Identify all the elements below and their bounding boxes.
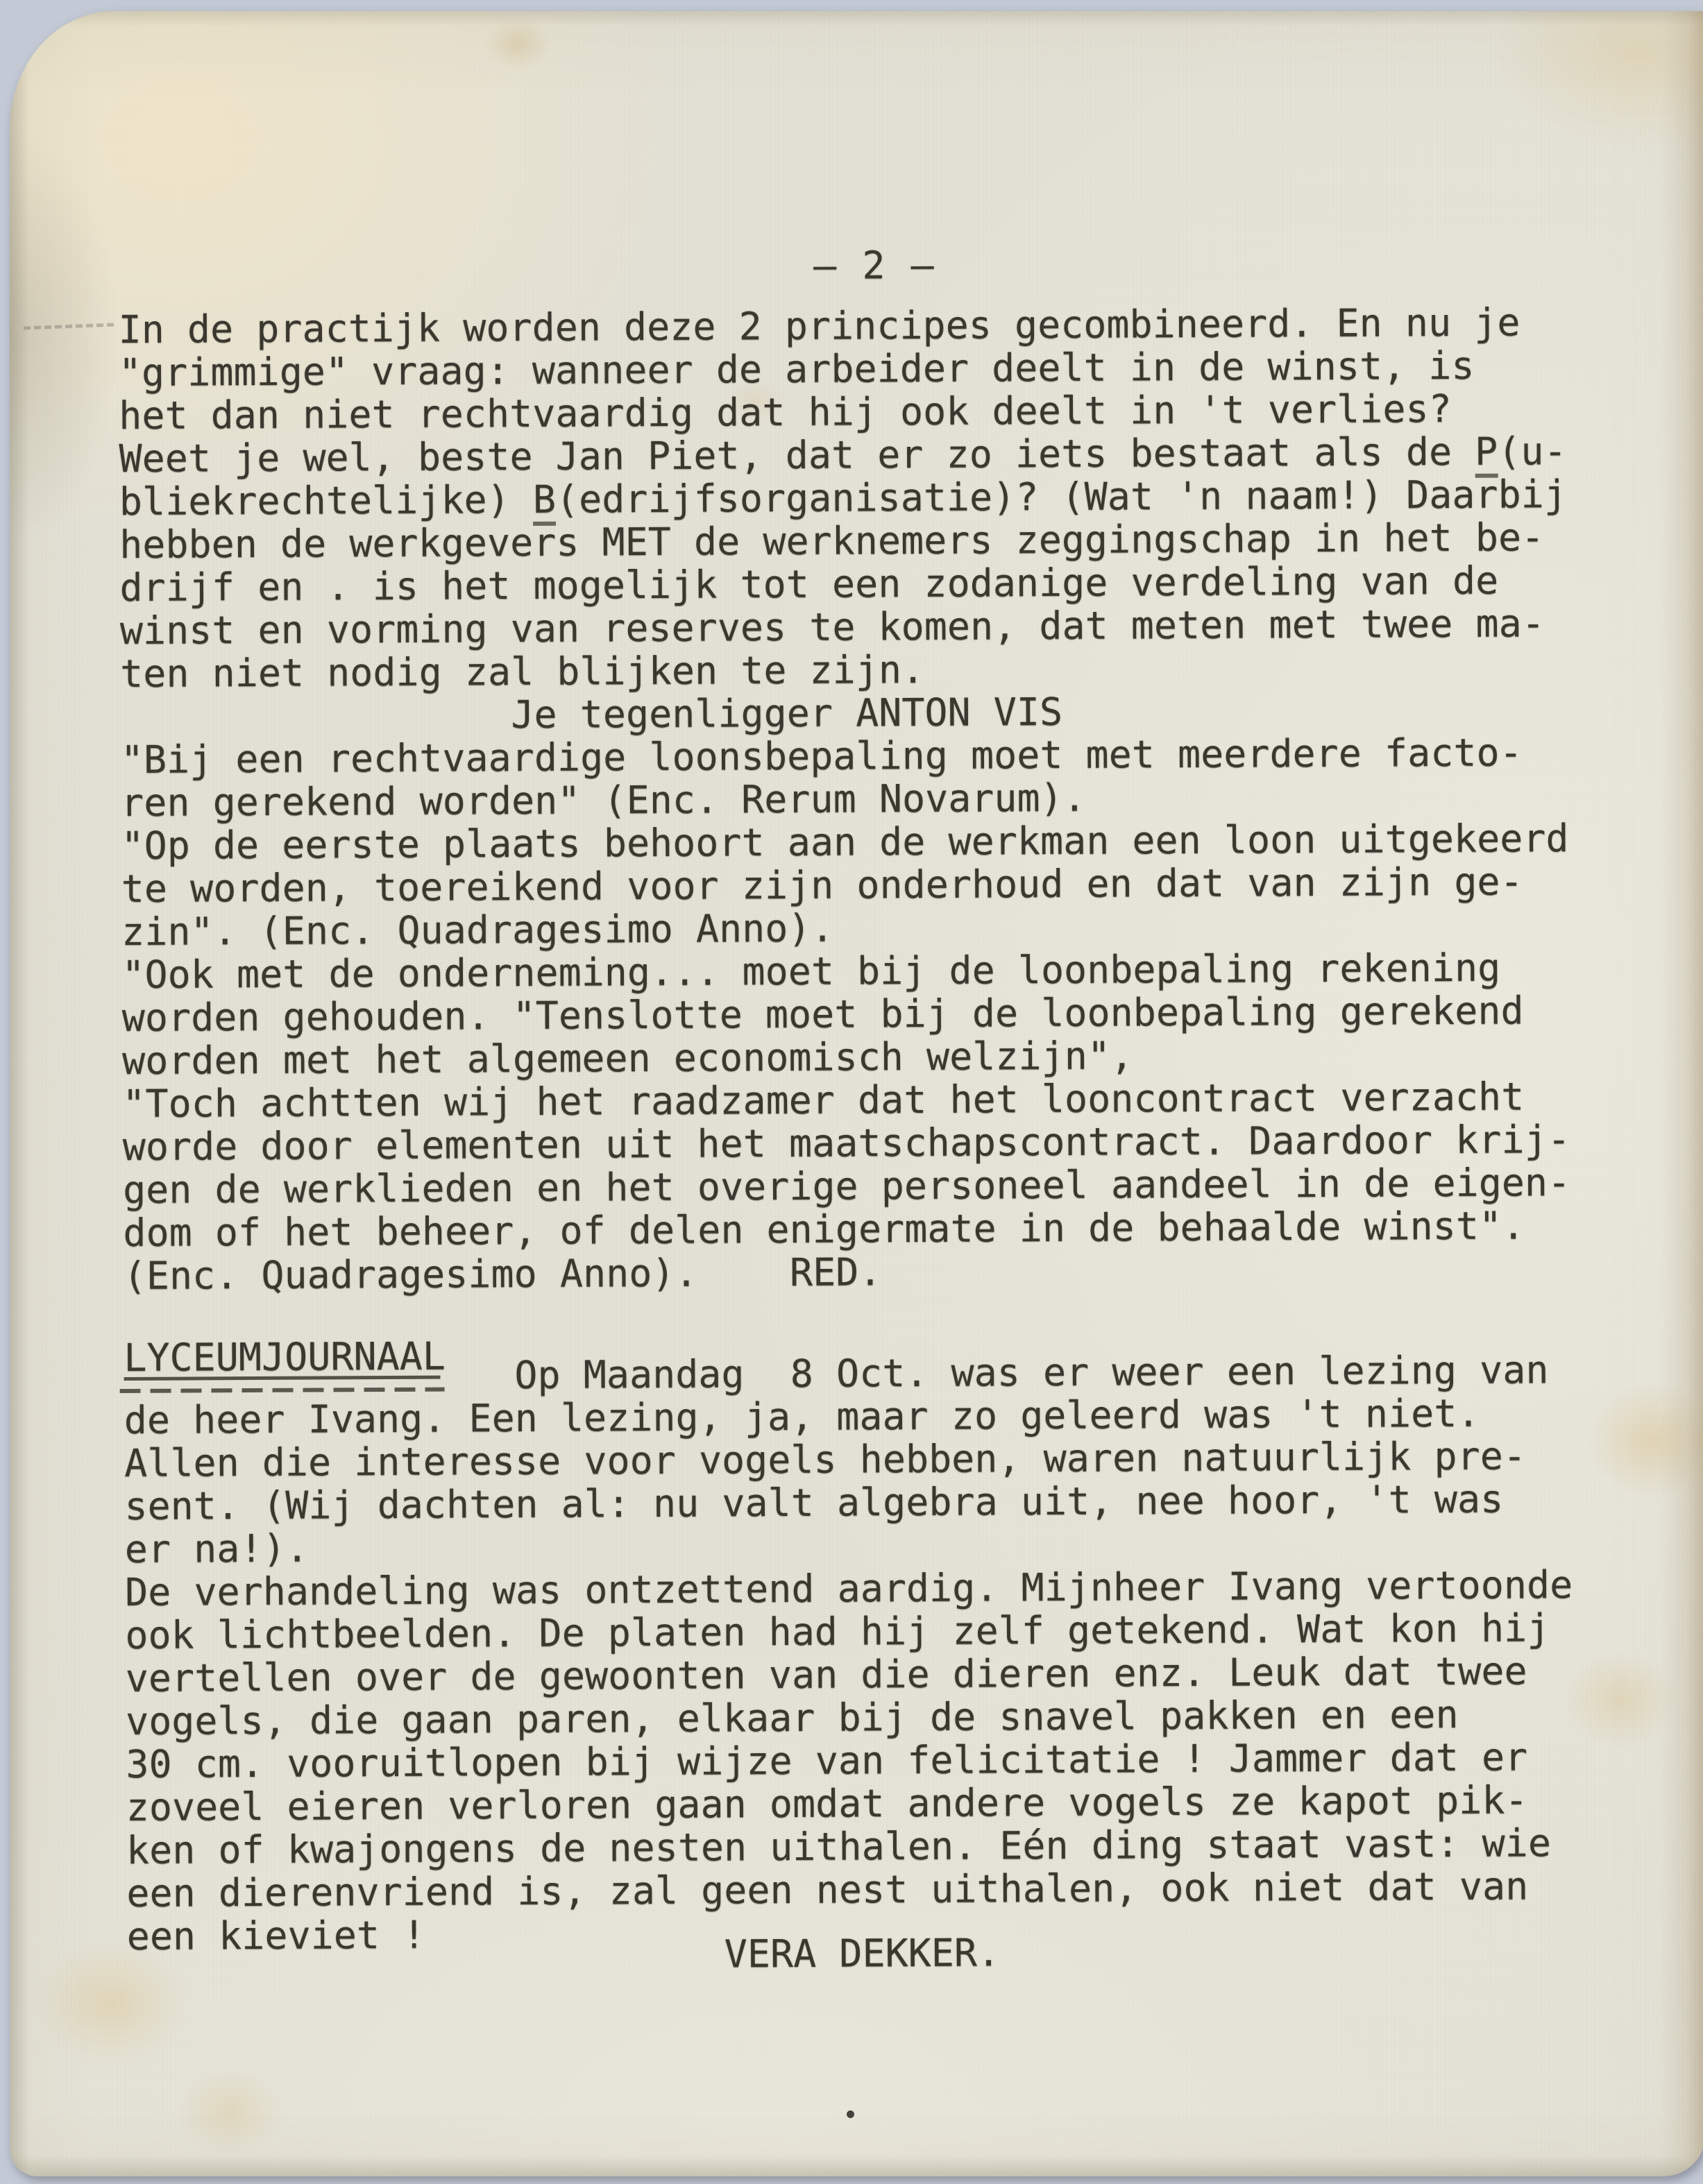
text-segment: Je tegenligger ANTON VIS [120,690,1062,739]
text-line: dom of het beheer, of delen enigermate i… [123,1204,1570,1254]
text-segment: ren gerekend worden" (Enc. Rerum Novarum… [121,776,1086,825]
text-segment: een dierenvriend is, zal geen nest uitha… [126,1863,1528,1916]
text-segment: zin". (Enc. Quadragesimo Anno). [121,906,834,954]
text-segment: "Bij een rechtvaardige loonsbepaling moe… [121,730,1523,782]
text-segment: (u- [1498,429,1567,474]
text-segment: (edrijfsorganisatie)? (Wat 'n naam!) Daa… [556,472,1567,522]
text-line: te worden, toereikend voor zijn onderhou… [121,860,1569,910]
text-line: "Bij een rechtvaardige loonsbepaling moe… [121,731,1568,781]
text-line: worden gehouden. "Tenslotte moet bij de … [122,989,1570,1039]
text-segment: ten niet nodig zal blijken te zijn. [120,647,924,696]
text-segment: worden gehouden. "Tenslotte moet bij de … [122,988,1524,1040]
text-line: een kieviet ! VERA DEKKER. [127,1907,1575,1958]
text-segment: bliekrechtelijke) [119,477,533,524]
text-segment: er na!). [125,1526,309,1571]
text-segment: een kieviet ! [127,1911,725,1959]
stray-ink-dot [847,2110,854,2118]
text-line: sent. (Wij dachten al: nu valt algebra u… [124,1477,1572,1528]
text-line: winst en vorming van reserves te komen, … [120,602,1568,652]
text-segment: te worden, toereikend voor zijn onderhou… [121,859,1523,911]
text-segment: Op Maandag 8 Oct. was er weer een lezing… [446,1347,1549,1397]
text-line: ten niet nodig zal blijken te zijn. [120,645,1568,695]
text-line [124,1290,1571,1340]
text-segment-lyceum: LYCEUMJOURNAAL [124,1335,446,1379]
typewritten-page: – 2 – In de practijk worden deze 2 princ… [0,0,1703,2183]
text-segment: sent. (Wij dachten al: nu valt algebra u… [124,1477,1503,1528]
text-block: In de practijk worden deze 2 principes g… [118,300,1575,1958]
text-line: een dierenvriend is, zal geen nest uitha… [126,1864,1574,1915]
text-segment: winst en vorming van reserves te komen, … [120,601,1545,653]
text-segment: dom of het beheer, of delen enigermate i… [123,1203,1525,1255]
text-segment: worden met het algemeen economisch welzi… [122,1033,1133,1083]
text-segment-vera: VERA DEKKER. [725,1931,1001,1975]
page-number: – 2 – [813,243,935,288]
text-segment-underline: B [533,477,556,526]
text-line: (Enc. Quadragesimo Anno). RED. [124,1247,1571,1297]
text-segment-underline: P [1475,429,1498,478]
text-segment: (Enc. Quadragesimo Anno). RED. [124,1249,882,1298]
